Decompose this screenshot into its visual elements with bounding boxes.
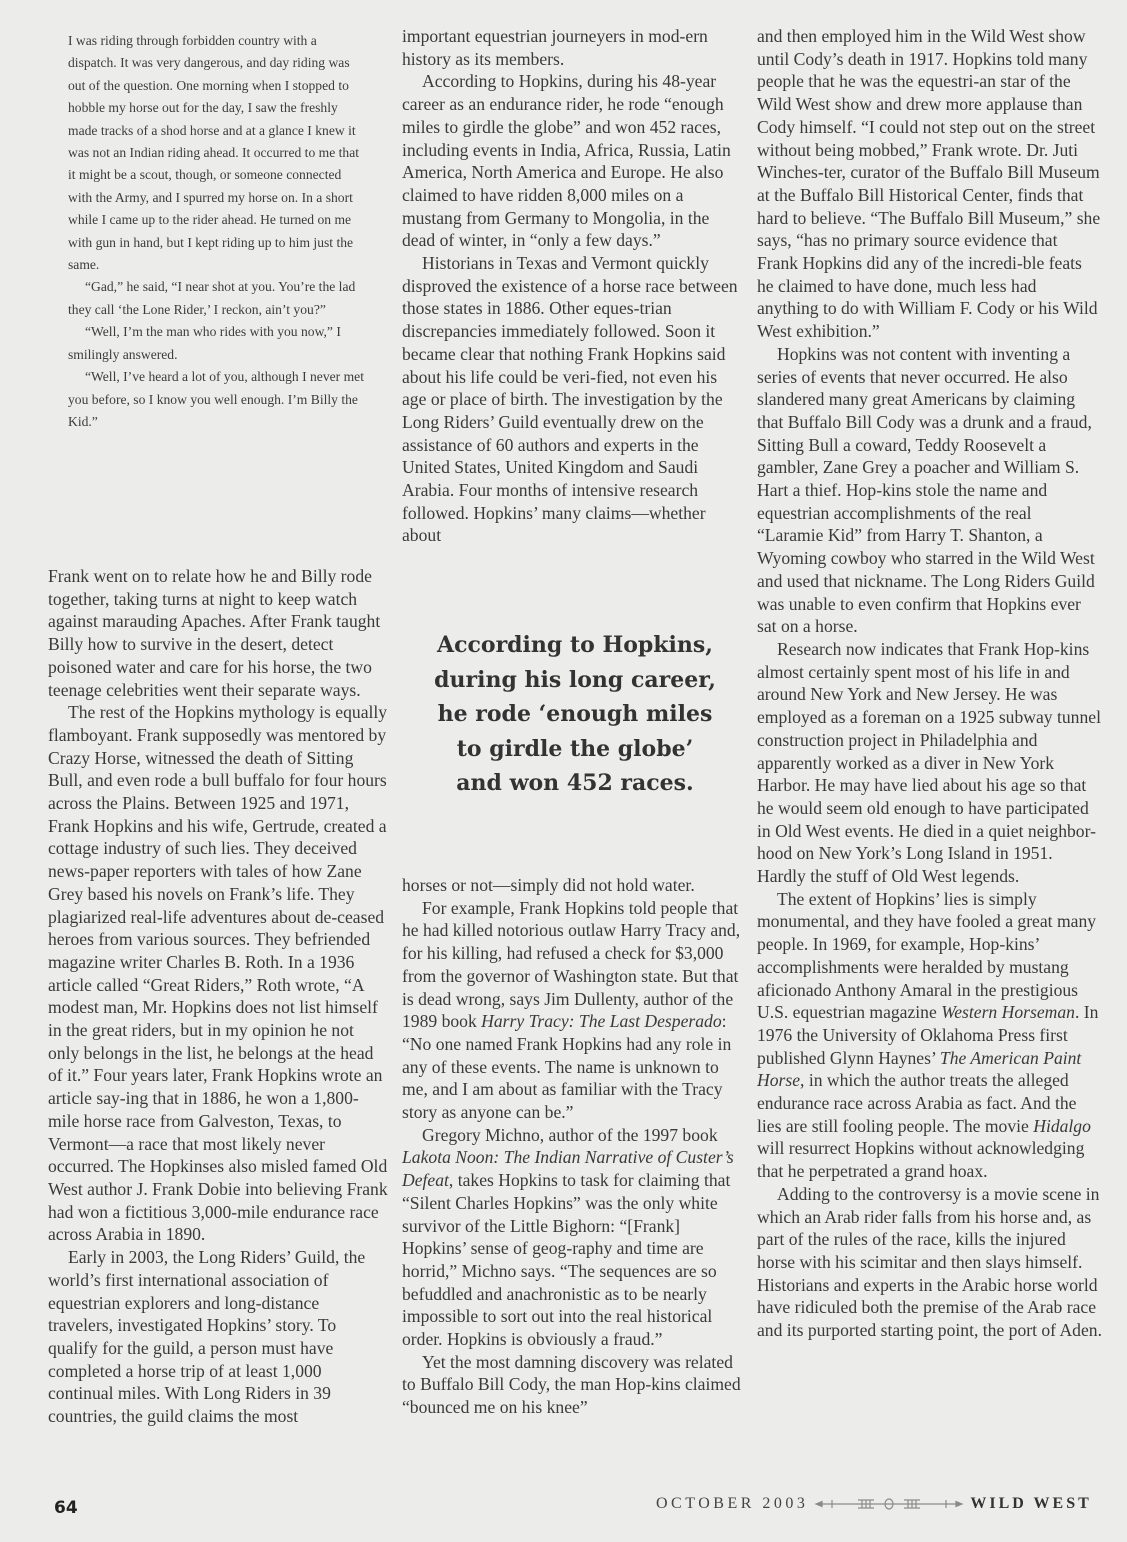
column-right: and then employed him in the Wild West s… (757, 25, 1102, 1342)
excerpt-paragraph: “Well, I’m the man who rides with you no… (68, 321, 368, 366)
arrow-ornament-icon (814, 1497, 964, 1511)
hopkins-excerpt: I was riding through forbidden country w… (68, 30, 368, 433)
text-run: , in which the author treats the alleged… (757, 1070, 1076, 1135)
body-paragraph: Yet the most damning discovery was relat… (402, 1351, 744, 1419)
body-paragraph: Research now indicates that Frank Hop-ki… (757, 638, 1102, 888)
body-paragraph: Hopkins was not content with inventing a… (757, 343, 1102, 638)
text-run: , takes Hopkins to task for claiming tha… (402, 1170, 730, 1349)
magazine-name: WILD WEST (970, 1495, 1091, 1513)
body-paragraph: The rest of the Hopkins mythology is equ… (48, 701, 388, 1246)
body-paragraph: Gregory Michno, author of the 1997 book … (402, 1124, 744, 1351)
body-paragraph: Adding to the controversy is a movie sce… (757, 1183, 1102, 1342)
pull-quote-line: and won 452 races. (410, 766, 740, 801)
pull-quote: According to Hopkins, during his long ca… (410, 628, 740, 801)
book-title: Harry Tracy: The Last Desperado (481, 1011, 721, 1031)
body-paragraph: important equestrian journeyers in mod-e… (402, 25, 742, 70)
magazine-title: Western Horseman (941, 1002, 1075, 1022)
body-paragraph: Frank went on to relate how he and Billy… (48, 565, 388, 701)
magazine-page: I was riding through forbidden country w… (0, 0, 1127, 1542)
body-paragraph: For example, Frank Hopkins told people t… (402, 897, 744, 1124)
running-footer: OCTOBER 2003 WILD WEST (656, 1495, 1092, 1513)
column-left: Frank went on to relate how he and Billy… (48, 565, 388, 1428)
body-paragraph: and then employed him in the Wild West s… (757, 25, 1102, 343)
column-middle-bottom: horses or not—simply did not hold water.… (402, 874, 744, 1419)
column-middle-top: important equestrian journeyers in mod-e… (402, 25, 742, 547)
body-paragraph: According to Hopkins, during his 48-year… (402, 70, 742, 252)
issue-date: OCTOBER 2003 (656, 1495, 808, 1513)
text-run: will resurrect Hopkins without acknowled… (757, 1138, 1084, 1181)
movie-title: Hidalgo (1033, 1116, 1091, 1136)
pull-quote-line: he rode ‘enough miles (410, 697, 740, 732)
body-paragraph: Historians in Texas and Vermont quickly … (402, 252, 742, 547)
pull-quote-line: during his long career, (410, 663, 740, 698)
pull-quote-line: to girdle the globe’ (410, 732, 740, 767)
page-number: 64 (54, 1498, 78, 1518)
body-paragraph: The extent of Hopkins’ lies is simply mo… (757, 888, 1102, 1183)
text-run: Gregory Michno, author of the 1997 book (422, 1125, 718, 1145)
excerpt-paragraph: “Gad,” he said, “I near shot at you. You… (68, 276, 368, 321)
body-paragraph: horses or not—simply did not hold water. (402, 874, 744, 897)
pull-quote-line: According to Hopkins, (410, 628, 740, 663)
excerpt-paragraph: I was riding through forbidden country w… (68, 30, 368, 276)
body-paragraph: Early in 2003, the Long Riders’ Guild, t… (48, 1246, 388, 1428)
excerpt-paragraph: “Well, I’ve heard a lot of you, although… (68, 366, 368, 433)
